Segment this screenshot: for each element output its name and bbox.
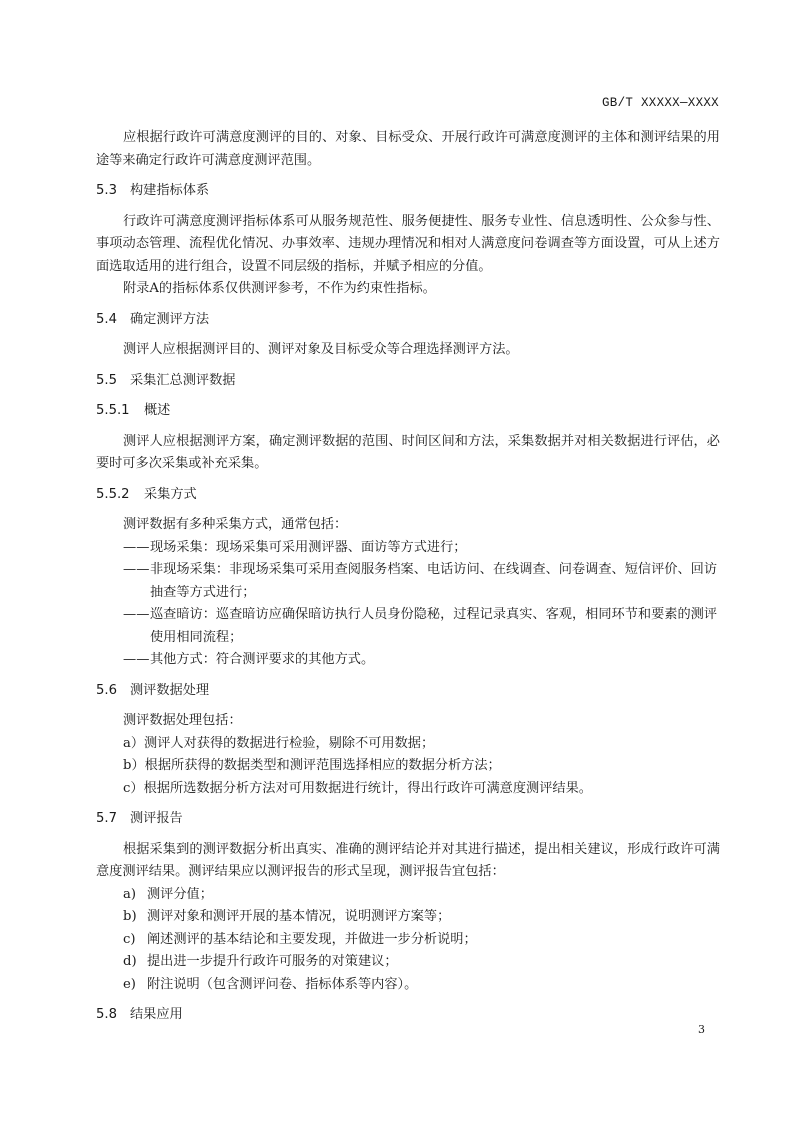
section-heading-5-4: 5.4确定测评方法 xyxy=(96,309,720,332)
section-heading-5-5-2: 5.5.2采集方式 xyxy=(96,484,720,507)
section-number: 5.6 xyxy=(96,680,130,703)
list-label: a) xyxy=(123,884,147,907)
section-title: 概述 xyxy=(144,403,170,418)
section-number: 5.7 xyxy=(96,808,130,831)
list-lead: 测评数据处理包括： xyxy=(96,710,720,733)
paragraph: 附录A的指标体系仅供测评参考，不作为约束性指标。 xyxy=(96,278,720,301)
dash-mark: —— xyxy=(123,604,150,627)
paragraph: 测评人应根据测评目的、测评对象及目标受众等合理选择测评方法。 xyxy=(96,339,720,362)
list-item: ——现场采集：现场采集可采用测评器、面访等方式进行； xyxy=(96,537,720,560)
list-item: a）测评人对获得的数据进行检验，剔除不可用数据； xyxy=(96,733,720,756)
list-label: e) xyxy=(123,974,147,997)
paragraph: 行政许可满意度测评指标体系可从服务规范性、服务便捷性、服务专业性、信息透明性、公… xyxy=(96,211,720,279)
paragraph: 根据采集到的测评数据分析出真实、准确的测评结论并对其进行描述，提出相关建议，形成… xyxy=(96,839,720,884)
section-number: 5.5 xyxy=(96,370,130,393)
list-item-text: 测评对象和测评开展的基本情况，说明测评方案等； xyxy=(147,909,450,924)
section-heading-5-3: 5.3构建指标体系 xyxy=(96,180,720,203)
section-number: 5.4 xyxy=(96,309,130,332)
document-body: 应根据行政许可满意度测评的目的、对象、目标受众、开展行政许可满意度测评的主体和测… xyxy=(96,127,720,1035)
list-item-text: 附注说明（包含测评问卷、指标体系等内容）。 xyxy=(147,977,417,992)
page-number: 3 xyxy=(698,1023,705,1036)
list-item-text: 提出进一步提升行政许可服务的对策建议； xyxy=(147,954,398,969)
list-item: b）根据所获得的数据类型和测评范围选择相应的数据分析方法； xyxy=(96,755,720,778)
list-lead: 测评数据有多种采集方式，通常包括： xyxy=(96,514,720,537)
list-label: d) xyxy=(123,951,147,974)
section-heading-5-5-1: 5.5.1概述 xyxy=(96,400,720,423)
list-item: a)测评分值； xyxy=(96,884,720,907)
list-item: ——其他方式：符合测评要求的其他方式。 xyxy=(96,649,720,672)
list-item-text: 巡查暗访：巡查暗访应确保暗访执行人员身份隐秘，过程记录真实、客观，相同环节和要素… xyxy=(150,607,717,645)
section-title: 测评数据处理 xyxy=(130,683,209,698)
section-number: 5.3 xyxy=(96,180,130,203)
list-label: c) xyxy=(123,929,147,952)
section-title: 采集方式 xyxy=(144,487,197,502)
dash-mark: —— xyxy=(123,537,150,560)
intro-paragraph: 应根据行政许可满意度测评的目的、对象、目标受众、开展行政许可满意度测评的主体和测… xyxy=(96,127,720,172)
dash-mark: —— xyxy=(123,559,150,582)
list-item: b)测评对象和测评开展的基本情况，说明测评方案等； xyxy=(96,906,720,929)
section-heading-5-7: 5.7测评报告 xyxy=(96,808,720,831)
list-item: ——巡查暗访：巡查暗访应确保暗访执行人员身份隐秘，过程记录真实、客观，相同环节和… xyxy=(96,604,720,649)
list-item-text: 现场采集：现场采集可采用测评器、面访等方式进行； xyxy=(150,540,467,555)
section-number: 5.8 xyxy=(96,1004,130,1027)
section-title: 采集汇总测评数据 xyxy=(130,373,236,388)
list-item-text: 其他方式：符合测评要求的其他方式。 xyxy=(150,652,374,667)
list-item: d)提出进一步提升行政许可服务的对策建议； xyxy=(96,951,720,974)
list-item: ——非现场采集：非现场采集可采用查阅服务档案、电话访问、在线调查、问卷调查、短信… xyxy=(96,559,720,604)
section-title: 确定测评方法 xyxy=(130,312,209,327)
list-item-text: 阐述测评的基本结论和主要发现，并做进一步分析说明； xyxy=(147,932,477,947)
section-heading-5-8: 5.8结果应用 xyxy=(96,1004,720,1027)
section-number: 5.5.2 xyxy=(96,484,144,507)
section-number: 5.5.1 xyxy=(96,400,144,423)
section-title: 测评报告 xyxy=(130,811,183,826)
section-heading-5-5: 5.5采集汇总测评数据 xyxy=(96,370,720,393)
list-label: b) xyxy=(123,906,147,929)
list-item: e)附注说明（包含测评问卷、指标体系等内容）。 xyxy=(96,974,720,997)
list-item: c)阐述测评的基本结论和主要发现，并做进一步分析说明； xyxy=(96,929,720,952)
list-item-text: 非现场采集：非现场采集可采用查阅服务档案、电话访问、在线调查、问卷调查、短信评价… xyxy=(150,562,717,600)
list-item-text: 测评分值； xyxy=(147,887,213,902)
list-item: c）根据所选数据分析方法对可用数据进行统计，得出行政许可满意度测评结果。 xyxy=(96,778,720,801)
dash-mark: —— xyxy=(123,649,150,672)
paragraph: 测评人应根据测评方案，确定测评数据的范围、时间区间和方法，采集数据并对相关数据进… xyxy=(96,431,720,476)
standard-code: GB/T XXXXX—XXXX xyxy=(602,96,719,110)
section-title: 构建指标体系 xyxy=(130,183,209,198)
section-title: 结果应用 xyxy=(130,1007,183,1022)
section-heading-5-6: 5.6测评数据处理 xyxy=(96,680,720,703)
